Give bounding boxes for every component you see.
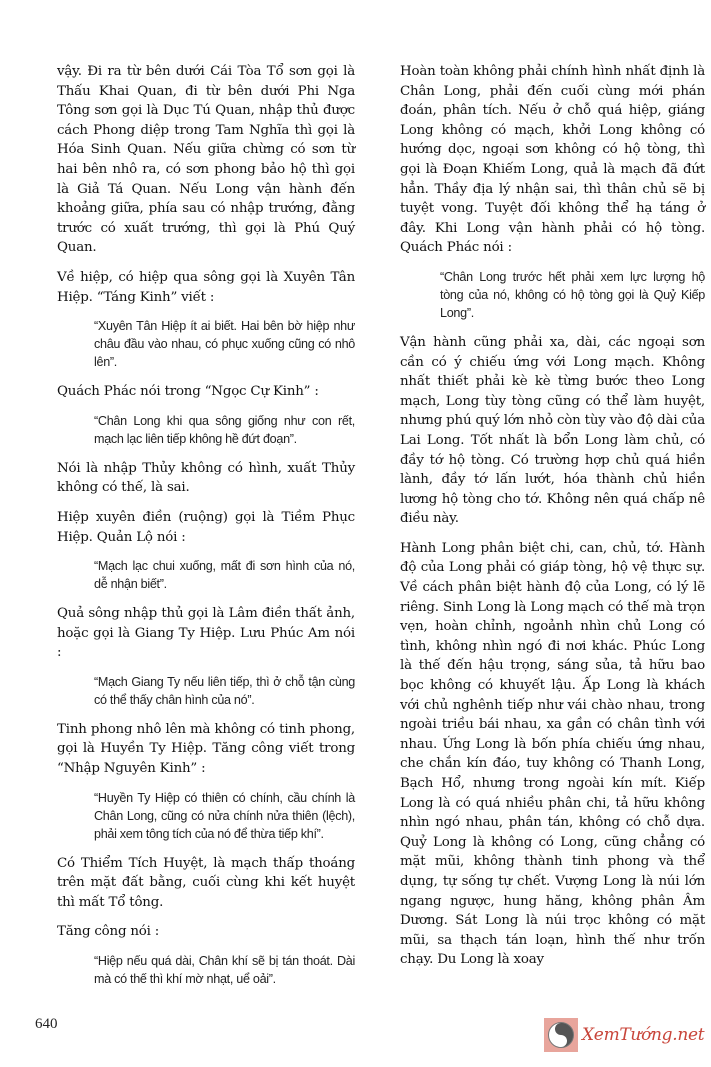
paragraph: Hiệp xuyên điền (ruộng) gọi là Tiềm Phục… [57, 508, 355, 547]
paragraph: Quả sông nhập thủ gọi là Lâm điền thất ả… [57, 604, 355, 663]
quotation: “Mạch lạc chui xuống, mất đi sơn hình củ… [94, 557, 355, 593]
paragraph: Tinh phong nhô lên mà không có tinh phon… [57, 720, 355, 779]
left-column: vậy. Đi ra từ bên dưới Cái Tòa Tổ sơn gọ… [57, 62, 355, 999]
watermark-text: XemTướng.net [582, 1025, 704, 1045]
paragraph: Có Thiểm Tích Huyệt, là mạch thấp thoáng… [57, 854, 355, 913]
quotation: “Xuyên Tân Hiệp ít ai biết. Hai bên bờ h… [94, 317, 355, 371]
quotation: “Mạch Giang Ty nếu liên tiếp, thì ở chỗ … [94, 673, 355, 709]
yin-yang-icon [544, 1018, 578, 1052]
page-number: 640 [35, 1016, 58, 1033]
paragraph: Hành Long phân biệt chi, can, chủ, tớ. H… [400, 539, 705, 970]
watermark: XemTướng.net [544, 1018, 709, 1052]
right-column: Hoàn toàn không phải chính hình nhất địn… [400, 62, 705, 980]
paragraph: Tăng công nói : [57, 922, 355, 942]
quotation: “Huyền Ty Hiệp có thiên có chính, cầu ch… [94, 789, 355, 843]
paragraph: vậy. Đi ra từ bên dưới Cái Tòa Tổ sơn gọ… [57, 62, 355, 258]
paragraph: Nói là nhập Thủy không có hình, xuất Thủ… [57, 459, 355, 498]
paragraph: Vận hành cũng phải xa, dài, các ngoại sơ… [400, 333, 705, 529]
quotation: “Chân Long khi qua sông giống như con rế… [94, 412, 355, 448]
paragraph: Về hiệp, có hiệp qua sông gọi là Xuyên T… [57, 268, 355, 307]
paragraph: Quách Phác nói trong “Ngọc Cự Kinh” : [57, 382, 355, 402]
quotation: “Hiệp nếu quá dài, Chân khí sẽ bị tán th… [94, 952, 355, 988]
paragraph: Hoàn toàn không phải chính hình nhất địn… [400, 62, 705, 258]
quotation: “Chân Long trước hết phải xem lực lượng … [440, 268, 705, 322]
